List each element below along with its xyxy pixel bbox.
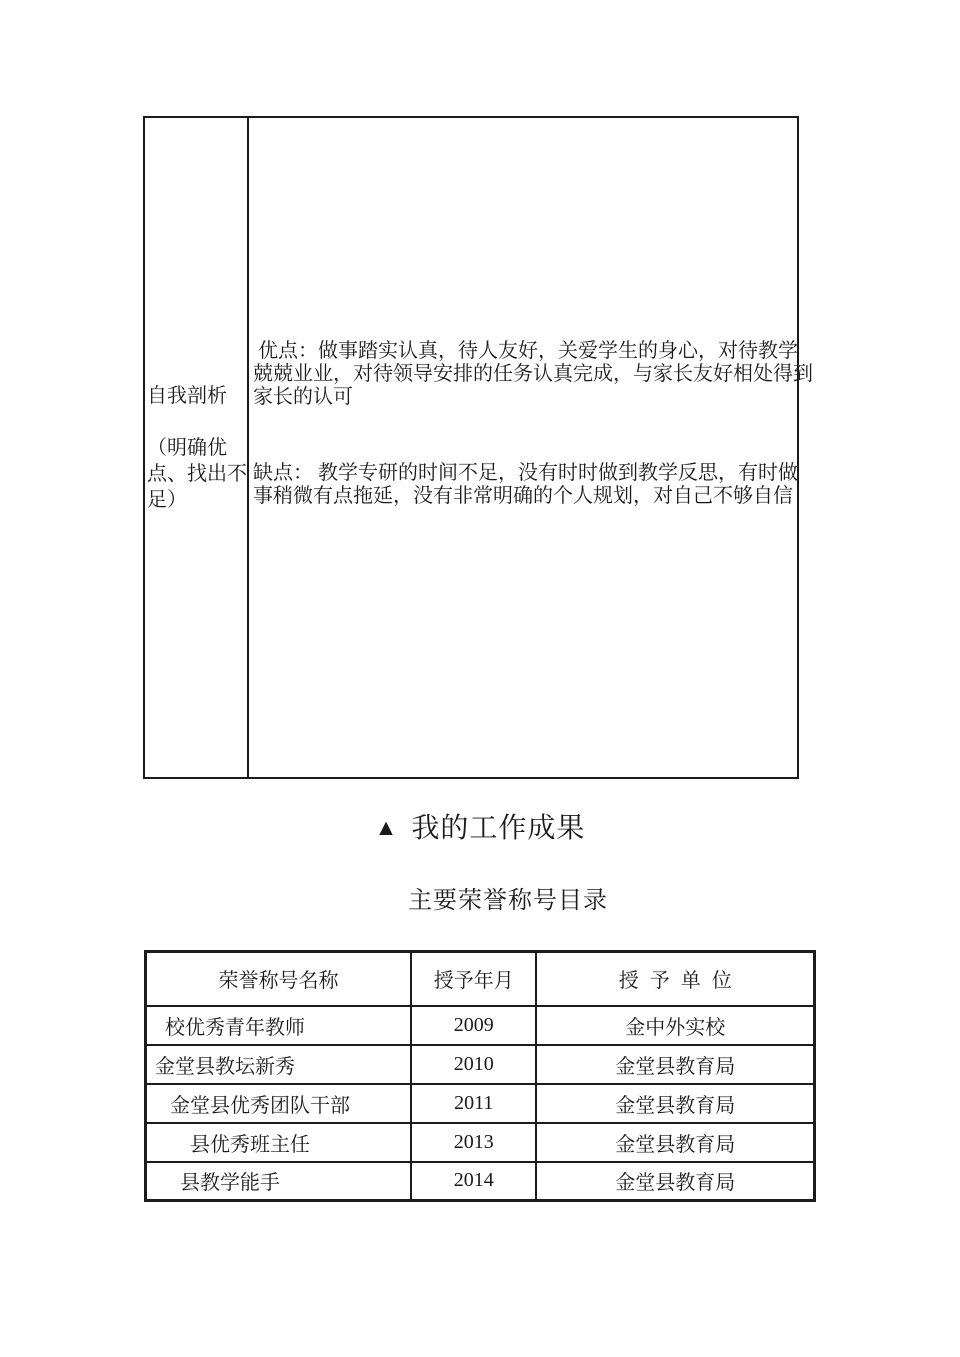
honor-unit-cell: 金堂县教育局: [536, 1045, 814, 1084]
advantages-paragraph: 优点：做事踏实认真，待人友好，关爱学生的身心，对待教学 兢兢业业，对待领导安排的…: [253, 340, 813, 409]
section-title: ▲我的工作成果: [0, 809, 960, 848]
table-row: 金堂县教坛新秀 2010 金堂县教育局: [146, 1045, 815, 1084]
header-row: 荣誉称号名称 授予年月 授 予 单 位: [146, 952, 815, 1006]
section-subtitle: 主要荣誉称号目录: [28, 884, 960, 918]
honor-name-cell: 金堂县教坛新秀: [146, 1045, 412, 1084]
honors-table: 荣誉称号名称 授予年月 授 予 单 位 校优秀青年教师 2009 金中外实校 金…: [144, 950, 816, 1202]
honor-unit-cell: 金中外实校: [536, 1006, 814, 1045]
honor-year-cell: 2013: [411, 1123, 536, 1162]
honor-year-cell: 2009: [411, 1006, 536, 1045]
honor-name-cell: 金堂县优秀团队干部: [146, 1084, 412, 1123]
honor-name-cell: 县优秀班主任: [146, 1123, 412, 1162]
table-row: 县优秀班主任 2013 金堂县教育局: [146, 1123, 815, 1162]
disadvantages-paragraph: 缺点： 教学专研的时间不足，没有时时做到教学反思，有时做 事稍微有点拖延，没有非…: [253, 462, 813, 508]
table-row: 校优秀青年教师 2009 金中外实校: [146, 1006, 815, 1045]
header-award-unit: 授 予 单 位: [536, 952, 814, 1006]
document-page: 自我剖析 （明确优 点、找出不 足） 优点：做事踏实认真，待人友好，关爱学生的身…: [0, 0, 960, 1357]
table-row: 金堂县优秀团队干部 2011 金堂县教育局: [146, 1084, 815, 1123]
honor-year-cell: 2014: [411, 1162, 536, 1201]
honors-table-header: 荣誉称号名称 授予年月 授 予 单 位: [146, 952, 815, 1006]
triangle-marker-icon: ▲: [375, 815, 398, 840]
self-analysis-table: 自我剖析 （明确优 点、找出不 足） 优点：做事踏实认真，待人友好，关爱学生的身…: [143, 116, 799, 779]
self-analysis-content-cell: 优点：做事踏实认真，待人友好，关爱学生的身心，对待教学 兢兢业业，对待领导安排的…: [249, 118, 819, 777]
honor-unit-cell: 金堂县教育局: [536, 1084, 814, 1123]
table-row: 县教学能手 2014 金堂县教育局: [146, 1162, 815, 1201]
header-honor-name: 荣誉称号名称: [146, 952, 412, 1006]
honor-year-cell: 2011: [411, 1084, 536, 1123]
section-title-text: 我的工作成果: [411, 813, 585, 844]
honor-name-cell: 校优秀青年教师: [146, 1006, 412, 1045]
honor-unit-cell: 金堂县教育局: [536, 1123, 814, 1162]
self-analysis-row-header: 自我剖析 （明确优 点、找出不 足）: [145, 118, 249, 777]
honor-name-cell: 县教学能手: [146, 1162, 412, 1201]
header-award-year: 授予年月: [411, 952, 536, 1006]
honors-table-body: 校优秀青年教师 2009 金中外实校 金堂县教坛新秀 2010 金堂县教育局 金…: [146, 1006, 815, 1201]
honor-year-cell: 2010: [411, 1045, 536, 1084]
honor-unit-cell: 金堂县教育局: [536, 1162, 814, 1201]
